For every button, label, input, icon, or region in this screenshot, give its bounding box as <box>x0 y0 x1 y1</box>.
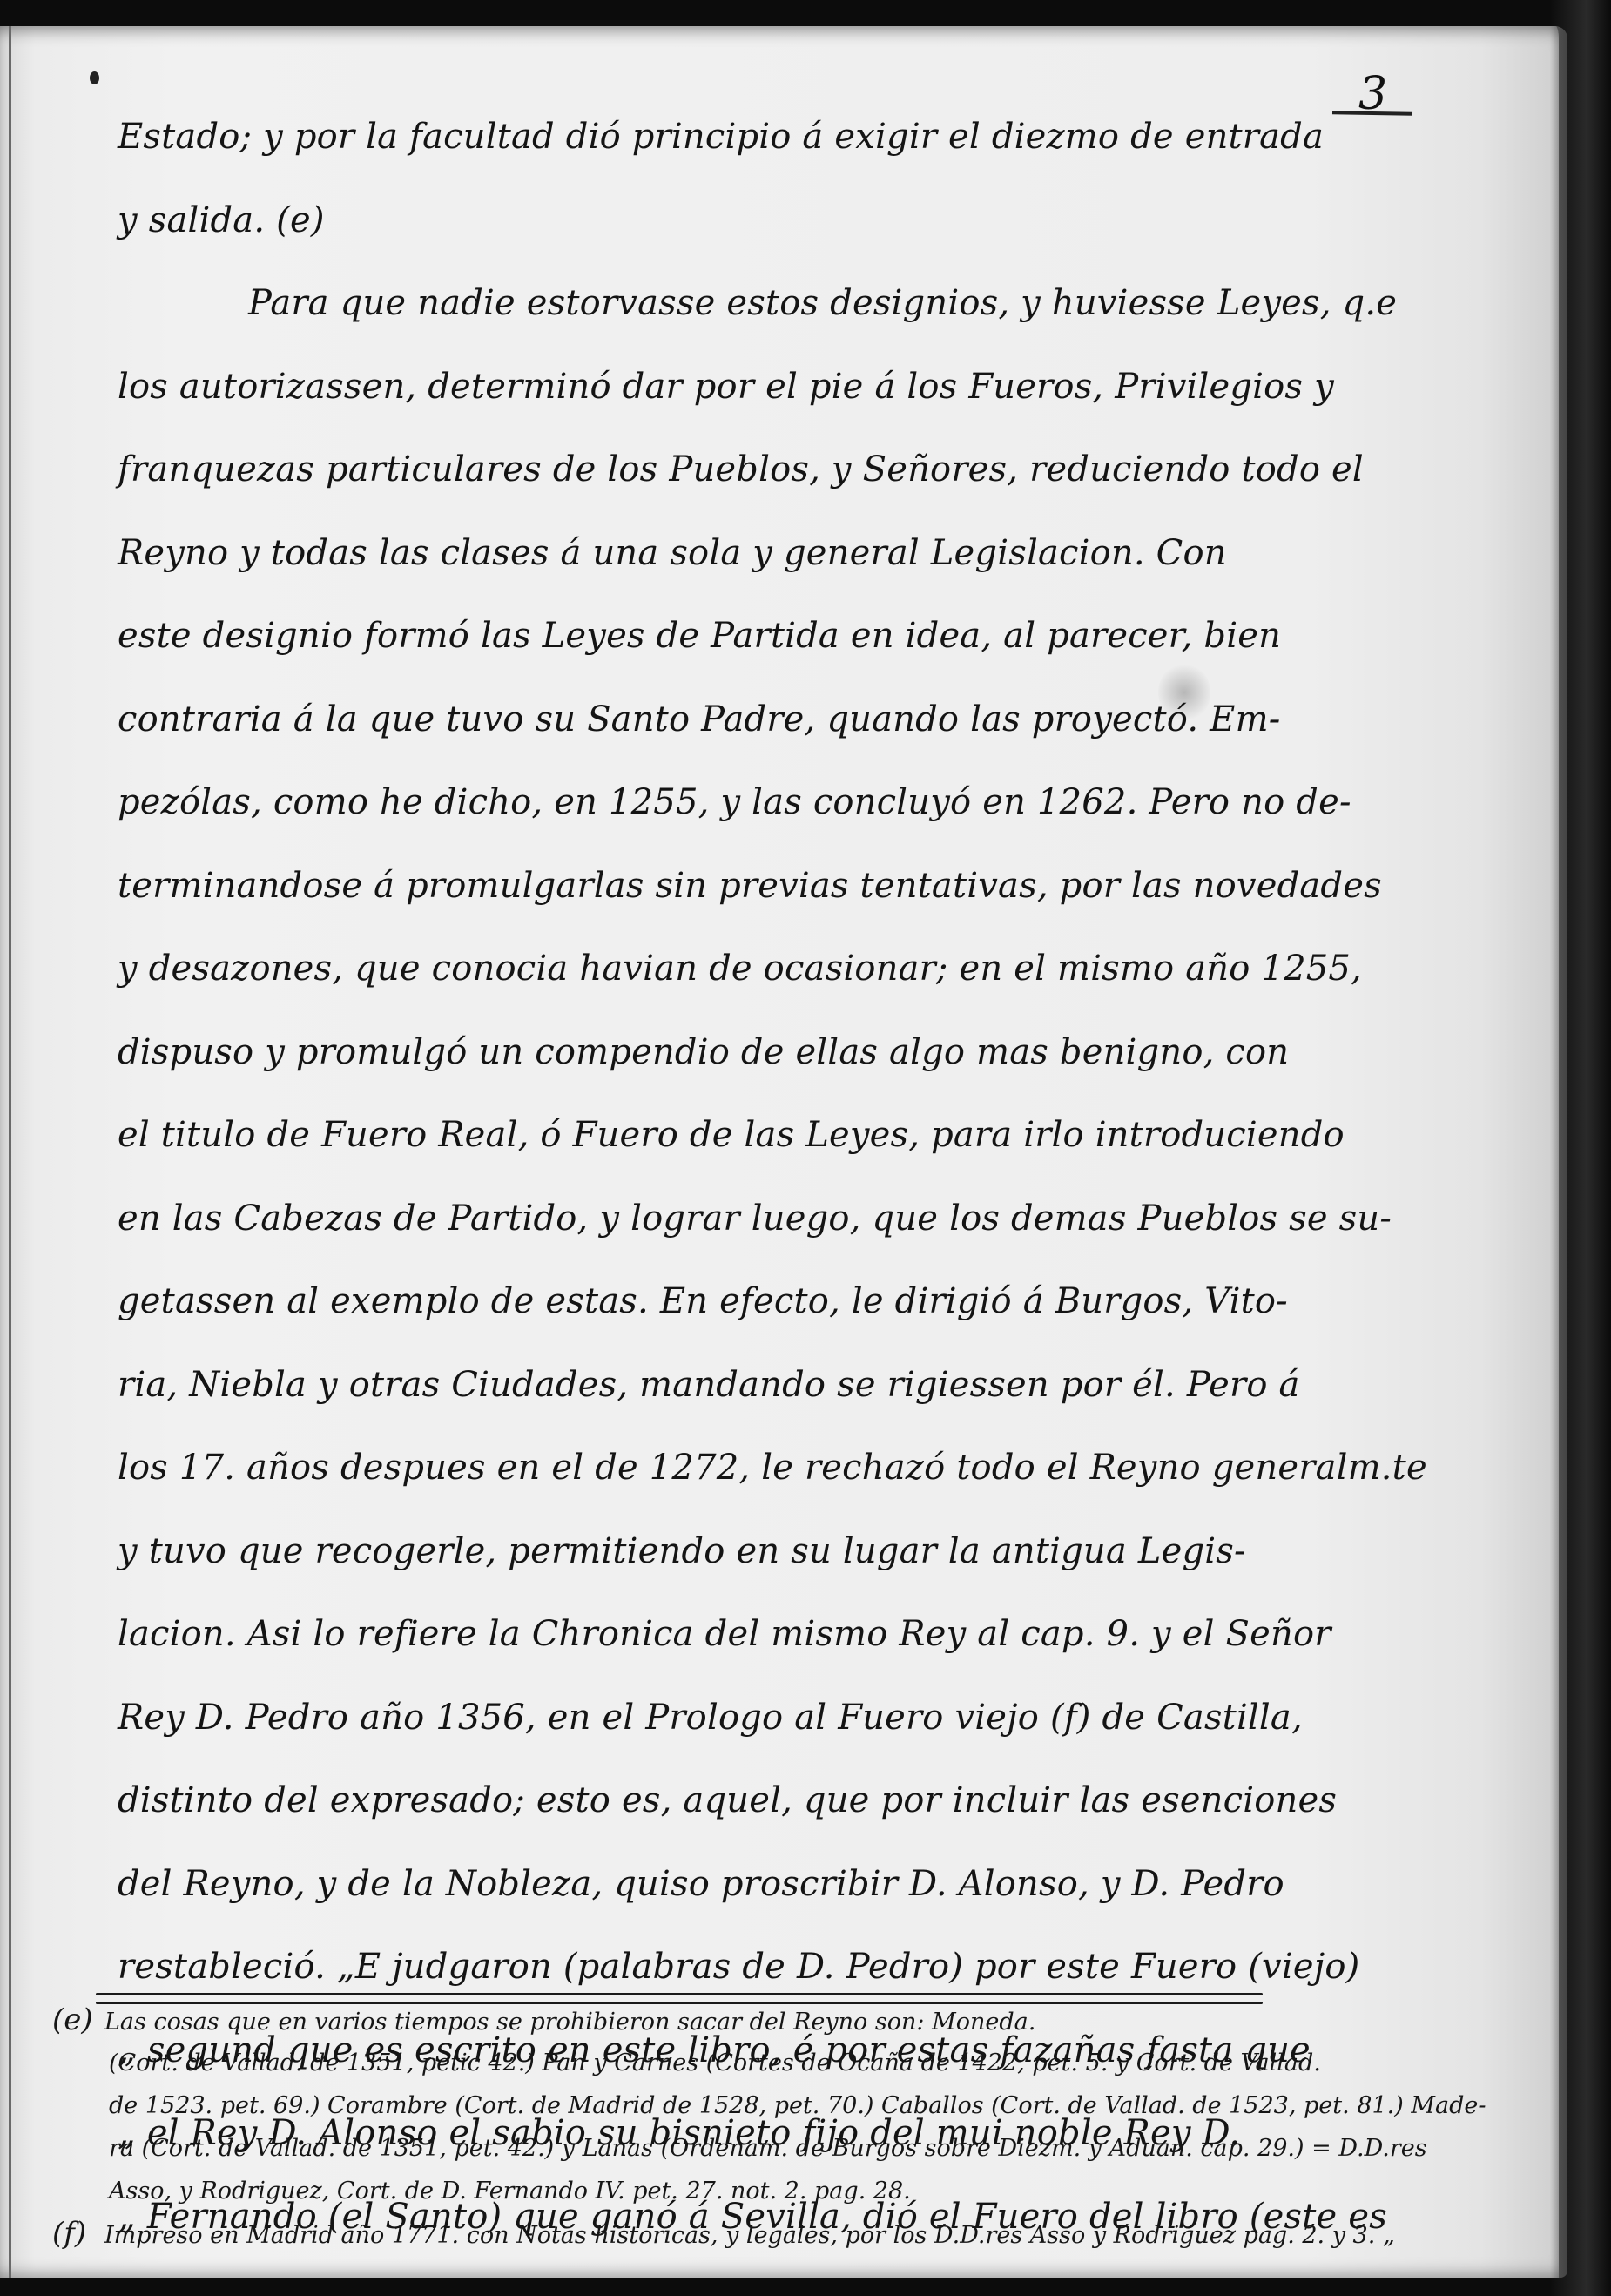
footnote-f: (f)Impreso en Madrid año 1771. con Notas… <box>52 2212 1315 2255</box>
text-line: terminandose á promulgarlas sin previas … <box>118 845 1319 929</box>
text-line: y desazones, que conocia havian de ocasi… <box>118 928 1319 1011</box>
footnote-e: (e)Las cosas que en varios tiempos se pr… <box>52 1999 1315 2042</box>
text-line: del Reyno, y de la Nobleza, quiso proscr… <box>118 1843 1319 1927</box>
footnote-mark: (f) <box>52 2212 104 2255</box>
text-line: restableció. „E judgaron (palabras de D.… <box>118 1926 1319 2009</box>
footnote-line: de 1523. pet. 69.) Corambre (Cort. de Ma… <box>52 2084 1315 2127</box>
text-line: Estado; y por la facultad dió principio … <box>118 96 1319 179</box>
binding-edge <box>9 26 11 2278</box>
text-line: distinto del expresado; esto es, aquel, … <box>118 1759 1319 1843</box>
text-line: Rey D. Pedro año 1356, en el Prologo al … <box>118 1677 1319 1760</box>
footnote-text: Las cosas que en varios tiempos se prohi… <box>104 2009 1035 2036</box>
footnotes: (e)Las cosas que en varios tiempos se pr… <box>52 1999 1315 2255</box>
text-line: el titulo de Fuero Real, ó Fuero de las … <box>118 1094 1319 1178</box>
page-edge-shadow <box>1550 0 1611 2296</box>
text-line: contraria á la que tuvo su Santo Padre, … <box>118 679 1319 762</box>
text-line: los 17. años despues en el de 1272, le r… <box>118 1427 1319 1510</box>
footnote-separator-rule <box>96 1993 1263 1995</box>
text-line: dispuso y promulgó un compendio de ellas… <box>118 1011 1319 1095</box>
footnote-line: Asso, y Rodriguez, Cort. de D. Fernando … <box>52 2170 1315 2212</box>
text-line: y tuvo que recogerle, permitiendo en su … <box>118 1510 1319 1594</box>
text-line: este designio formó las Leyes de Partida… <box>118 595 1319 679</box>
text-line: franquezas particulares de los Pueblos, … <box>118 429 1319 512</box>
text-line: pezólas, como he dicho, en 1255, y las c… <box>118 761 1319 845</box>
paragraph-start-line: Para que nadie estorvasse estos designio… <box>118 262 1319 346</box>
footnote-line: (Cort. de Vallad. de 1351, petic 42.) Pa… <box>52 2042 1315 2084</box>
text-line: y salida. (e) <box>118 179 1319 263</box>
text-line: lacion. Asi lo refiere la Chronica del m… <box>118 1593 1319 1677</box>
footnote-text: Impreso en Madrid año 1771. con Notas hi… <box>104 2222 1395 2249</box>
footnote-line: ra (Cort. de Vallad. de 1351, pet. 42.) … <box>52 2127 1315 2170</box>
text-line: getassen al exemplo de estas. En efecto,… <box>118 1260 1319 1344</box>
ink-blot <box>90 71 99 84</box>
text-line: ria, Niebla y otras Ciudades, mandando s… <box>118 1344 1319 1428</box>
text-line: los autorizassen, determinó dar por el p… <box>118 346 1319 429</box>
footnote-mark: (e) <box>52 1999 104 2042</box>
main-text-body: Estado; y por la facultad dió principio … <box>118 96 1319 2259</box>
text-line: en las Cabezas de Partido, y lograr lueg… <box>118 1178 1319 1261</box>
text-line: Reyno y todas las clases á una sola y ge… <box>118 512 1319 596</box>
